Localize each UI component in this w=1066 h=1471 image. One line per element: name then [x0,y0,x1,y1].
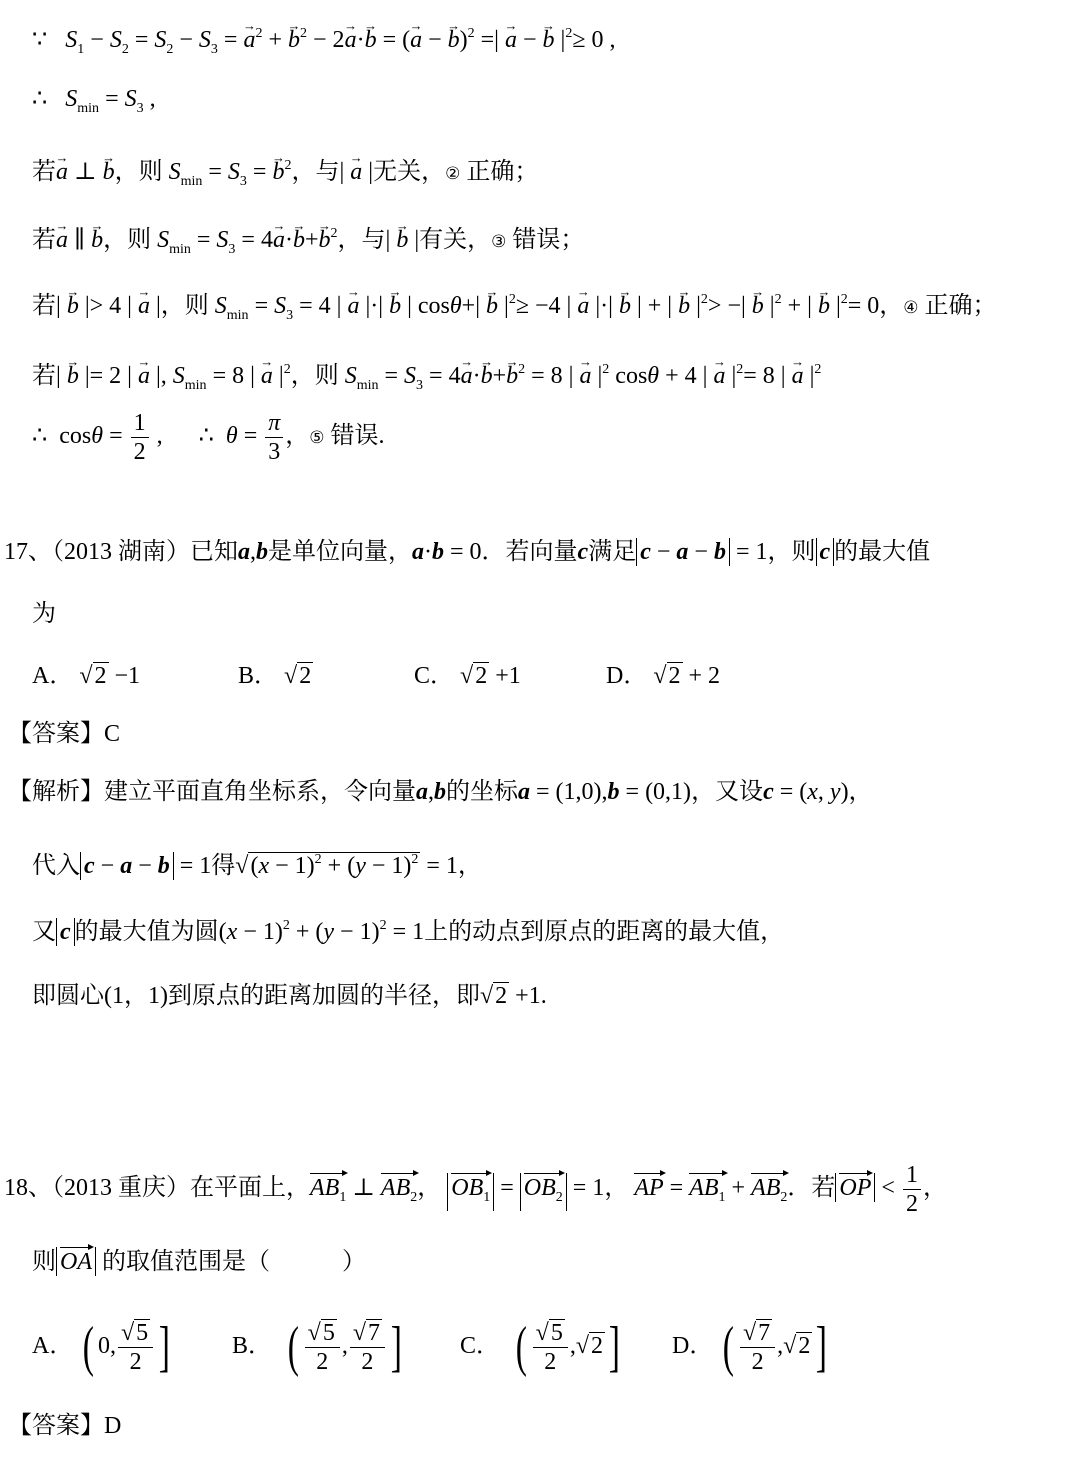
verdict-wrong: 错误； [512,227,584,253]
verdict-wrong: 错误. [331,423,385,449]
q18-answer: 【答案】D [8,1406,121,1446]
solution-line-7: ∴ cosθ = 12 , ∴ θ = π3，⑤ 错误. [32,408,385,466]
q17-analysis-4: 即圆心(1，1)到原点的距离加圆的半径，即√2 +1. [32,976,547,1016]
question-number: 18、 [4,1175,52,1201]
item-number-5: ⑤ [309,428,324,448]
question-source: （2013 湖南） [52,539,190,565]
solution-line-3: 若a ⊥ b，则 Smin = S3 = b2，与| a |无关，② 正确； [32,146,538,202]
q17-option-a[interactable]: A． √2 −1 [32,656,238,696]
because-symbol: ∵ [32,27,47,53]
question-source: （2013 重庆） [52,1175,190,1201]
item-number-3: ③ [491,232,506,252]
solution-line-6: 若| b |= 2 | a |, Smin = 8 | a |2，则 Smin … [32,350,821,406]
q17-options: A． √2 −1B． √2C． √2 +1D． √2 + 2 [32,656,720,696]
q18-option-a[interactable]: A． (0,√52] [32,1308,232,1384]
q17-stem-cont: 为 [32,594,56,634]
item-number-4: ④ [903,298,918,318]
answer-value: D [104,1413,121,1439]
q17-analysis-3: 又c的最大值为圆(x − 1)2 + (y − 1)2 = 1上的动点到原点的距… [32,906,784,952]
verdict-correct: 正确； [925,293,997,319]
q18-option-d[interactable]: D． (√72,√2] [672,1308,831,1384]
solution-line-2: ∴ Smin = S3 , [32,79,156,129]
q17-analysis-1: 【解析】建立平面直角坐标系，令向量a,b的坐标a = (1,0),b = (0,… [8,772,873,812]
q17-analysis-2: 代入c − a − b = 1得√(x − 1)2 + (y − 1)2 = 1… [32,840,482,886]
q17-option-b[interactable]: B． √2 [238,656,414,696]
q17-answer: 【答案】C [8,714,120,754]
item-number-2: ② [445,164,460,184]
q17-option-d[interactable]: D． √2 + 2 [606,656,720,696]
q18-option-c[interactable]: C． (√52,√2] [460,1308,672,1384]
solution-line-4: 若a ∥ b，则 Smin = S3 = 4a·b+b2，与| b |有关，③ … [32,214,584,270]
q18-option-b[interactable]: B． (√52,√72] [232,1308,460,1384]
q18-options: A． (0,√52]B． (√52,√72]C． (√52,√2]D． (√72… [32,1308,831,1384]
answer-label: 【答案】 [8,1413,104,1439]
question-number: 17、 [4,539,52,565]
solution-line-1: ∵ S1 − S2 = S2 − S3 = a2 + b2 − 2a·b = (… [32,14,616,70]
therefore-symbol: ∴ [32,86,47,112]
verdict-correct: 正确； [466,159,538,185]
q18-stem-cont: 则OA 的取值范围是（ ） [32,1242,366,1282]
q18-stem: 18、（2013 重庆）在平面上，AB1 ⊥ AB2， OB1 = OB2 = … [4,1160,947,1218]
answer-value: C [104,721,120,747]
solution-line-5: 若| b |> 4 | a |，则 Smin = S3 = 4 | a |·| … [32,280,997,336]
analysis-label: 【解析】 [8,779,104,805]
answer-label: 【答案】 [8,721,104,747]
q17-option-c[interactable]: C． √2 +1 [414,656,606,696]
q17-stem: 17、（2013 湖南）已知a,b是单位向量，a·b = 0．若向量c满足c −… [4,532,930,572]
